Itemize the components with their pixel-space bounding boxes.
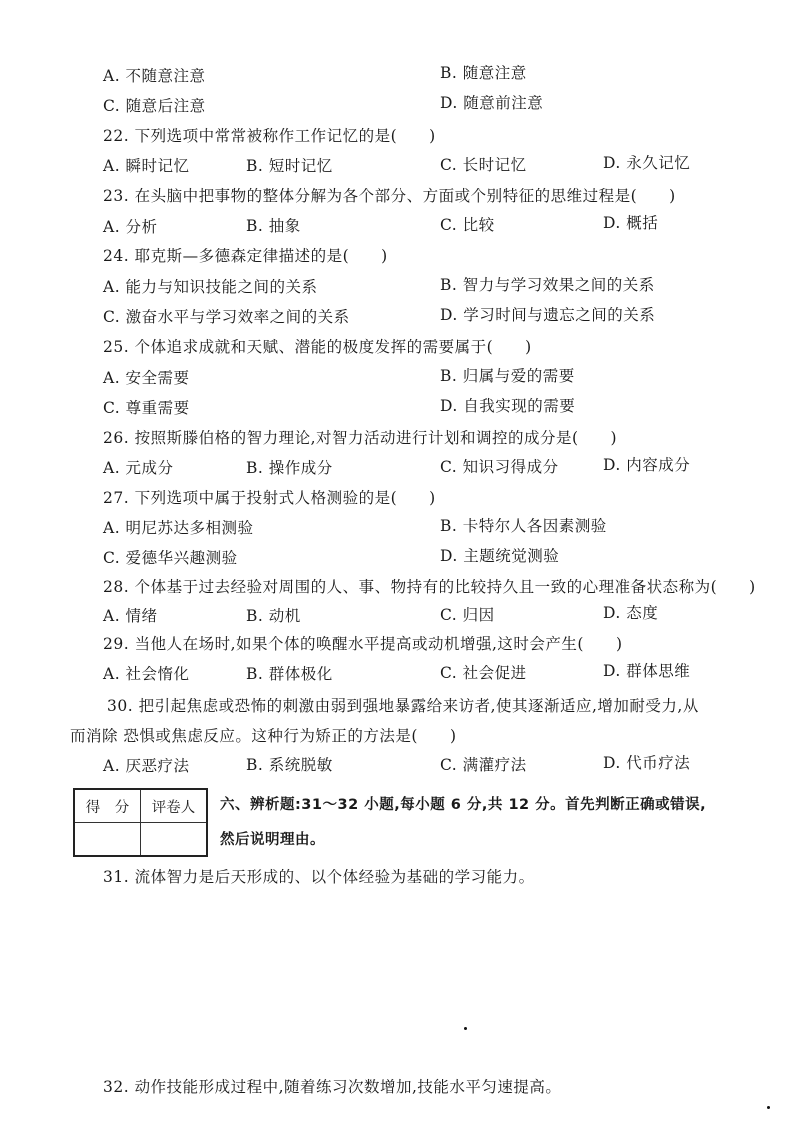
q28-option-d: D. 态度 (603, 603, 658, 623)
q30-stem-continued: 而消除 恐惧或焦虑反应。这种行为矫正的方法是( ) (70, 726, 457, 746)
q24-stem: 24. 耶克斯—多德森定律描述的是( ) (103, 246, 388, 266)
q23-option-a: A. 分析 (103, 217, 158, 237)
q28-stem: 28. 个体基于过去经验对周围的人、事、物持有的比较持久且一致的心理准备状态称为… (103, 577, 756, 597)
grader-header: 评卷人 (141, 789, 208, 823)
score-table: 得 分 评卷人 (73, 788, 208, 857)
q29-option-b: B. 群体极化 (246, 664, 333, 684)
q32-statement: 32. 动作技能形成过程中,随着练习次数增加,技能水平匀速提高。 (103, 1077, 561, 1097)
q24-option-b: B. 智力与学习效果之间的关系 (440, 275, 655, 295)
q26-option-d: D. 内容成分 (603, 455, 690, 475)
exam-page: A. 不随意注意 B. 随意注意 C. 随意后注意 D. 随意前注意 22. 下… (0, 0, 800, 1145)
q22-option-b: B. 短时记忆 (246, 156, 333, 176)
q21-option-d: D. 随意前注意 (440, 93, 543, 113)
section-6-instructions-continued: 然后说明理由。 (220, 830, 325, 850)
q30-stem: 30. 把引起焦虑或恐怖的刺激由弱到强地暴露给来访者,使其逐渐适应,增加耐受力,… (107, 696, 699, 716)
q22-option-d: D. 永久记忆 (603, 153, 690, 173)
scan-speck (767, 1106, 770, 1109)
q27-stem: 27. 下列选项中属于投射式人格测验的是( ) (103, 488, 436, 508)
q28-option-c: C. 归因 (440, 605, 495, 625)
q24-option-a: A. 能力与知识技能之间的关系 (103, 277, 318, 297)
q28-option-a: A. 情绪 (103, 606, 158, 626)
q29-option-c: C. 社会促进 (440, 663, 527, 683)
q21-option-a: A. 不随意注意 (103, 66, 206, 86)
q26-option-b: B. 操作成分 (246, 458, 333, 478)
q28-option-b: B. 动机 (246, 606, 301, 626)
q27-option-d: D. 主题统觉测验 (440, 546, 559, 566)
q31-statement: 31. 流体智力是后天形成的、以个体经验为基础的学习能力。 (103, 867, 535, 887)
q21-option-c: C. 随意后注意 (103, 96, 206, 116)
q25-option-d: D. 自我实现的需要 (440, 396, 575, 416)
q29-option-d: D. 群体思维 (603, 661, 690, 681)
q24-option-d: D. 学习时间与遗忘之间的关系 (440, 305, 655, 325)
q26-stem: 26. 按照斯滕伯格的智力理论,对智力活动进行计划和调控的成分是( ) (103, 428, 617, 448)
q23-option-d: D. 概括 (603, 213, 658, 233)
score-header: 得 分 (74, 789, 141, 823)
q25-stem: 25. 个体追求成就和天赋、潜能的极度发挥的需要属于( ) (103, 337, 532, 357)
scan-speck (464, 1027, 467, 1030)
q21-option-b: B. 随意注意 (440, 63, 527, 83)
q22-stem: 22. 下列选项中常常被称作工作记忆的是( ) (103, 126, 436, 146)
grader-cell[interactable] (141, 823, 208, 857)
q26-option-c: C. 知识习得成分 (440, 457, 559, 477)
q25-option-a: A. 安全需要 (103, 368, 190, 388)
q30-option-d: D. 代币疗法 (603, 753, 690, 773)
q24-option-c: C. 激奋水平与学习效率之间的关系 (103, 307, 350, 327)
q30-option-a: A. 厌恶疗法 (103, 756, 190, 776)
q23-stem: 23. 在头脑中把事物的整体分解为各个部分、方面或个别特征的思维过程是( ) (103, 186, 676, 206)
q27-option-b: B. 卡特尔人各因素测验 (440, 516, 607, 536)
q29-option-a: A. 社会惰化 (103, 664, 190, 684)
q30-option-b: B. 系统脱敏 (246, 755, 333, 775)
q25-option-b: B. 归属与爱的需要 (440, 366, 575, 386)
q29-stem: 29. 当他人在场时,如果个体的唤醒水平提高或动机增强,这时会产生( ) (103, 634, 623, 654)
q23-option-c: C. 比较 (440, 215, 495, 235)
q25-option-c: C. 尊重需要 (103, 398, 190, 418)
q27-option-a: A. 明尼苏达多相测验 (103, 518, 254, 538)
q22-option-c: C. 长时记忆 (440, 155, 527, 175)
section-6-instructions: 六、辨析题:31～32 小题,每小题 6 分,共 12 分。首先判断正确或错误, (220, 795, 706, 815)
q30-option-c: C. 满灌疗法 (440, 755, 527, 775)
score-cell[interactable] (74, 823, 141, 857)
q27-option-c: C. 爱德华兴趣测验 (103, 548, 238, 568)
q26-option-a: A. 元成分 (103, 458, 174, 478)
q23-option-b: B. 抽象 (246, 216, 301, 236)
q22-option-a: A. 瞬时记忆 (103, 156, 190, 176)
